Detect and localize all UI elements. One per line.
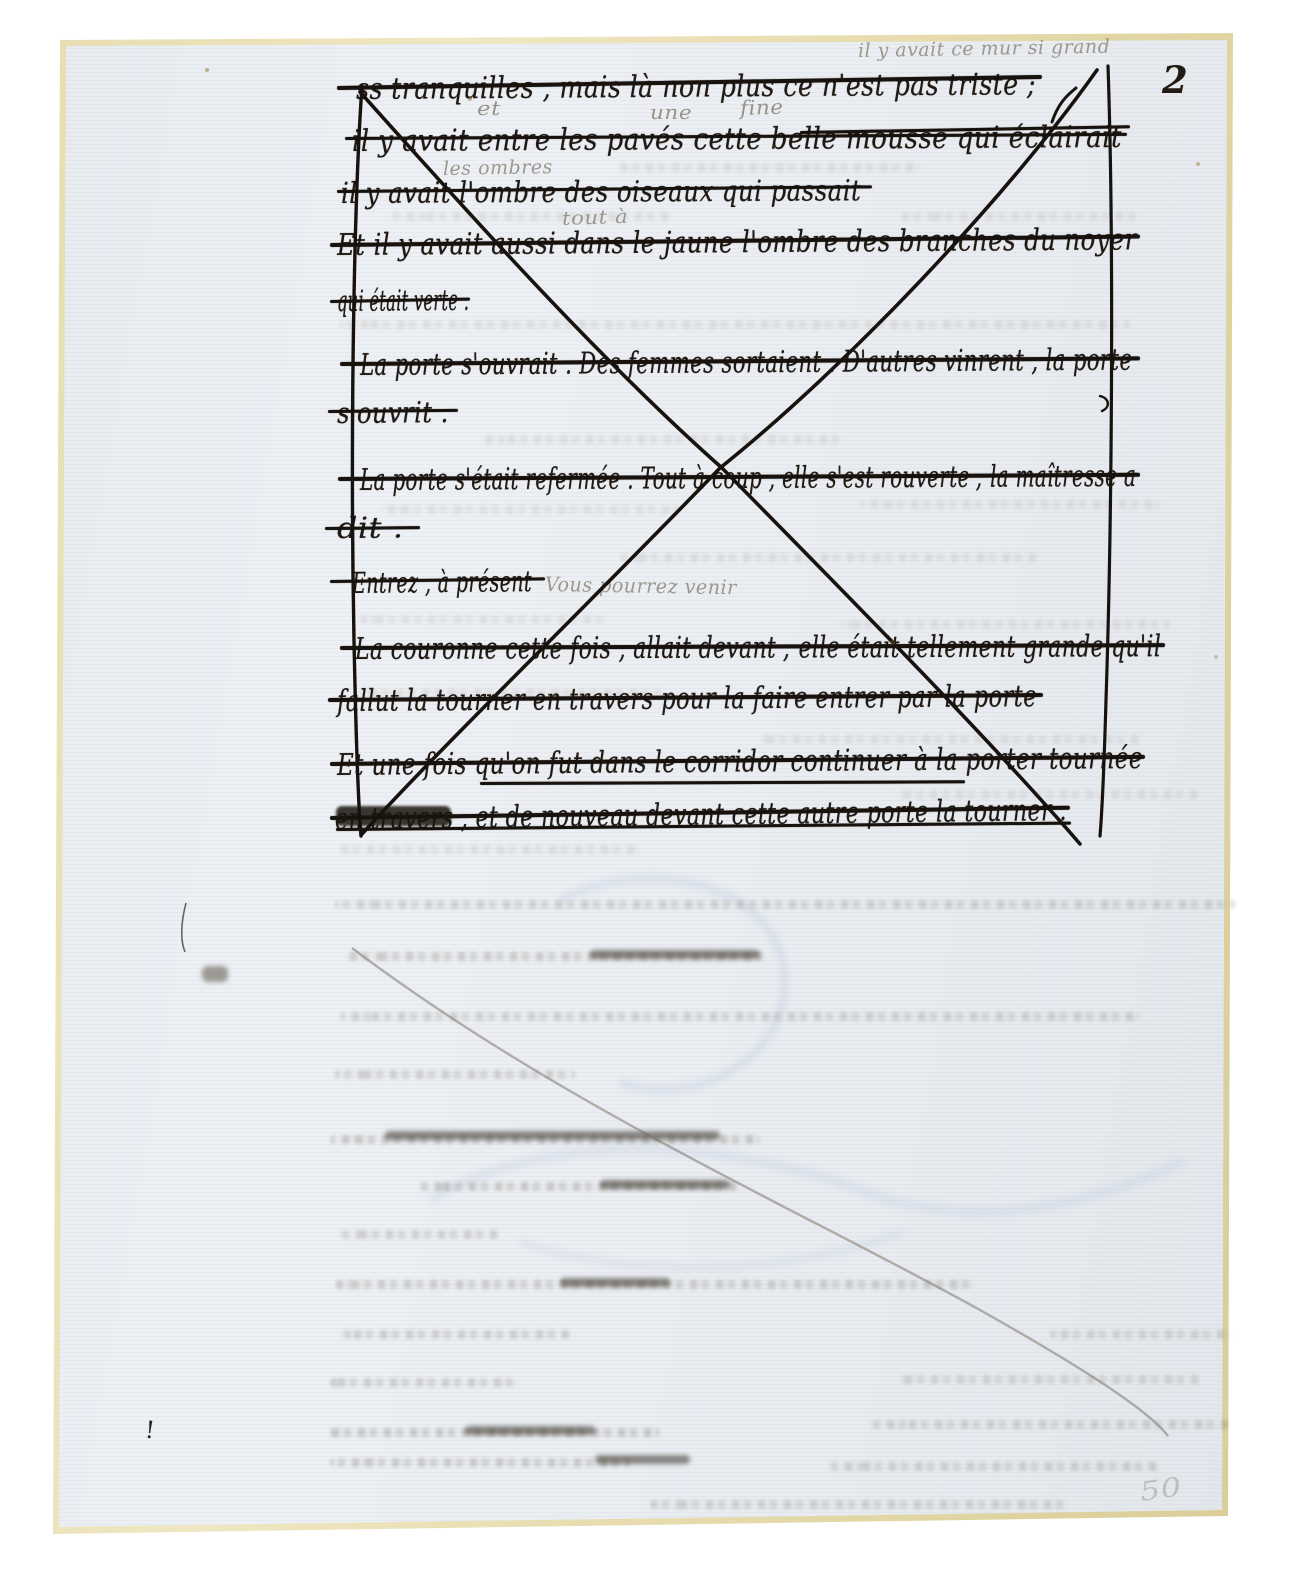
foxing-speck — [1214, 655, 1218, 659]
cross-diagonal-trbl — [362, 70, 1097, 834]
foxing-speck — [1196, 162, 1200, 166]
deletion-cross — [0, 0, 1290, 1589]
foxing-speck — [205, 68, 209, 72]
ink-smudge — [202, 966, 228, 982]
margin-squiggle-mark — [182, 903, 186, 952]
right-border-hook-mark — [1100, 396, 1108, 411]
box-left-border — [352, 86, 362, 836]
manuscript-page-scan: il y avait ce mur si grandetunefineles o… — [0, 0, 1290, 1589]
pencil-diagonal-line — [352, 948, 1168, 1436]
foxing-speck — [890, 640, 895, 645]
foxing-speck — [468, 96, 472, 101]
box-right-border — [1100, 66, 1112, 836]
